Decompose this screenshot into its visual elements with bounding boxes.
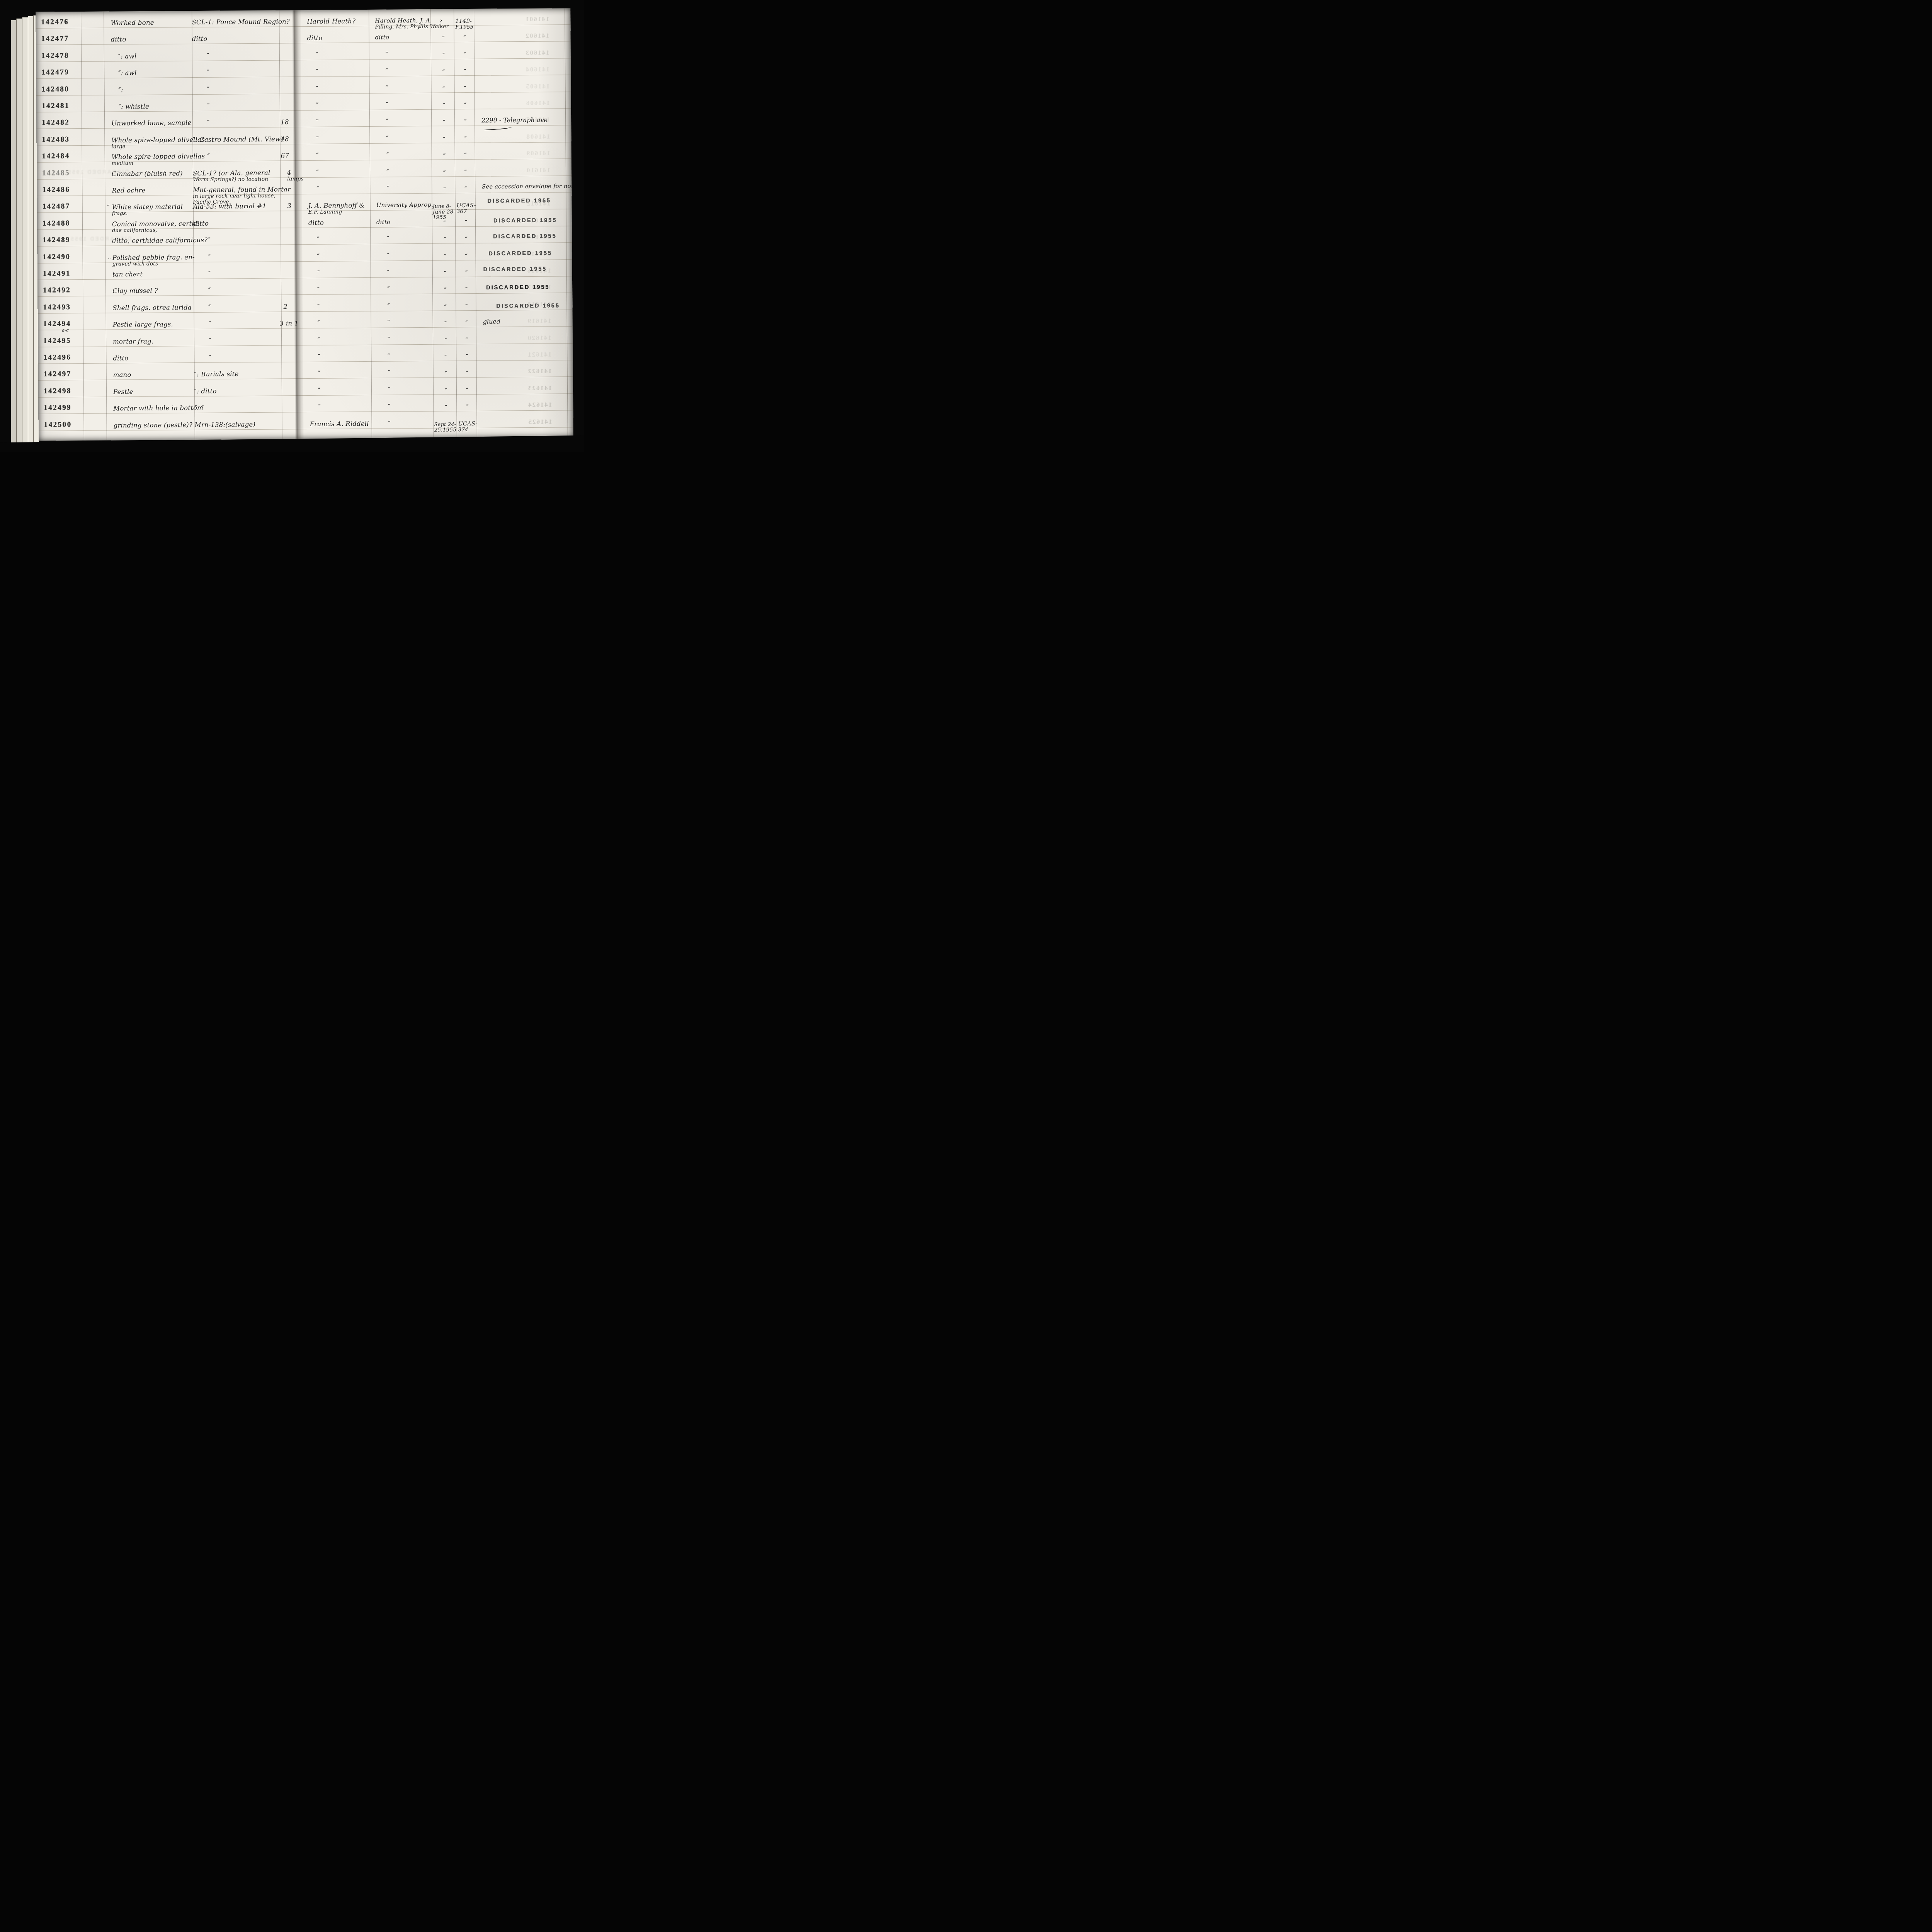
collector-text: ditto <box>308 219 324 226</box>
no-text: 142495 <box>43 337 71 345</box>
ledger-scan: 142476Worked boneSCL-1: Ponce Mound Regi… <box>0 0 584 452</box>
donor-text: ″ <box>386 85 388 91</box>
site-text: ″ <box>209 354 211 361</box>
row-142492-no: 142492 <box>43 286 71 295</box>
count-text: 3 <box>287 202 292 210</box>
bleed-number: 141609 <box>526 150 550 157</box>
no-text: 142493 <box>43 303 71 312</box>
row-142496-acc: ″ <box>466 354 468 360</box>
bleed-number: 141621 <box>527 351 551 359</box>
row-142491-collector: ″ <box>317 269 320 277</box>
acc-text: ″ <box>465 219 468 226</box>
acc-text: UCAS- <box>458 420 478 427</box>
row-142476-collector: Harold Heath? <box>307 17 355 25</box>
date-text: ″ <box>444 238 446 243</box>
row-142483-count: 48 <box>281 135 289 143</box>
row-142483-donor: ″ <box>386 135 389 141</box>
no-text: 142490 <box>43 253 70 262</box>
column-line <box>279 10 282 439</box>
no-text: 142482 <box>42 119 70 128</box>
row-142492-date: ″ <box>444 288 447 293</box>
column-line <box>369 10 372 439</box>
row-142482-date: ″ <box>443 120 446 126</box>
bleed-number: 141610 <box>526 166 550 174</box>
row-142496-collector: ″ <box>318 353 320 361</box>
collector-text: ″ <box>316 152 319 159</box>
row-142495-collector: ″ <box>318 336 320 344</box>
row-142481-acc: ″ <box>464 102 467 108</box>
donor-text: ″ <box>388 353 390 359</box>
bleed-number: 141620 <box>527 334 551 342</box>
donor-text: ″ <box>387 269 390 276</box>
row-142487-donor: University Approp. <box>376 202 434 209</box>
row-142499-collector: ″ <box>318 403 321 411</box>
no-text: 142479 <box>41 68 69 77</box>
no-text: 142492 <box>43 286 71 295</box>
no-text: 142478 <box>41 51 69 60</box>
date-text: ″ <box>443 103 446 109</box>
acc-text: ″ <box>466 354 468 360</box>
row-142480-date: ″ <box>443 87 446 92</box>
no-text: 142481 <box>42 102 70 111</box>
row-142476-site: SCL-1: Ponce Mound Region? <box>192 18 290 26</box>
desc-text: Polished pebble frag. en- <box>112 253 195 261</box>
desc-text: Whole spire-lopped olivellas <box>112 153 205 161</box>
row-142494-donor: ″ <box>388 320 390 326</box>
row-142493-date: ″ <box>444 304 447 310</box>
bleed-number: 141624 <box>527 401 552 409</box>
no-text: 142483 <box>42 135 70 144</box>
desc-text: Pestle <box>113 388 133 395</box>
acc-text: ″ <box>465 270 468 276</box>
acc-text: ″ <box>464 102 467 108</box>
row-142498-donor: ″ <box>388 386 391 393</box>
row-142491-donor: ″ <box>387 269 390 276</box>
site-text: ″: Burials site <box>194 371 239 378</box>
row-142486-donor: ″ <box>386 185 389 192</box>
bleed-number: 141604 <box>525 66 549 73</box>
row-142479-collector: ″ <box>316 68 318 75</box>
row-142477-collector: ditto <box>307 34 323 42</box>
acc-text: ″ <box>465 303 468 310</box>
site-text: ″: ditto <box>194 387 217 395</box>
site-text: ditto <box>193 220 209 227</box>
row-142490-donor: ″ <box>387 252 390 259</box>
collector-text: Francis A. Riddell <box>310 420 369 427</box>
date-text: ? <box>439 20 442 25</box>
row-142493-desc: Shell frags. otrea lurida <box>112 304 192 311</box>
donor-text: ″ <box>388 386 391 393</box>
row-142479-site: ″ <box>207 69 209 76</box>
site-text: Mrn-138:(salvage) <box>195 420 256 428</box>
donor-text: ″ <box>388 370 391 376</box>
donor-text: ″ <box>387 236 389 242</box>
desc_prefix-text: ″ <box>107 204 110 211</box>
date-text: ″ <box>444 271 447 276</box>
column-line <box>474 9 477 438</box>
row-142489-site: ″ <box>208 236 211 244</box>
row-142493-acc: ″ <box>465 303 468 310</box>
row-142486-collector: ″ <box>316 185 319 193</box>
donor-text: ″ <box>386 101 389 108</box>
row-142481-collector: ″ <box>316 102 319 109</box>
no-text: 142489 <box>43 236 70 245</box>
no-text: 142486 <box>42 185 70 194</box>
suffix-text: a-c <box>62 327 69 333</box>
desc-text: tan chert <box>112 270 143 278</box>
ledger-page: 142476Worked boneSCL-1: Ponce Mound Regi… <box>36 8 573 441</box>
site-text: ″ <box>208 270 211 277</box>
row-142477-desc: ditto <box>111 36 126 43</box>
acc-text: ″ <box>464 52 466 58</box>
site-text: ″ <box>207 153 210 160</box>
row-142491-acc: ″ <box>465 270 468 276</box>
row-142494-count: 3 in 1 <box>280 320 299 327</box>
row-142476-date: ? <box>439 20 442 25</box>
donor-text: ditto <box>375 34 389 41</box>
collector-text: ″ <box>317 269 320 277</box>
no-text: 142491 <box>43 269 71 278</box>
row-142494-acc: ″ <box>466 320 468 326</box>
row-142495-date: ″ <box>444 338 447 344</box>
collector-text: ″ <box>318 336 320 344</box>
row-142499-acc: ″ <box>466 404 469 410</box>
desc-text: ditto <box>113 354 128 362</box>
row-142499-date: ″ <box>445 405 447 411</box>
row-142486-no: 142486 <box>42 185 70 194</box>
date-text: ″ <box>444 288 447 293</box>
page-edge <box>22 17 28 447</box>
row-142477-date: ″ <box>442 36 445 42</box>
row-142485-acc: ″ <box>464 169 467 175</box>
page-edge <box>11 20 16 444</box>
row-142483-acc: ″ <box>464 136 467 142</box>
site-text: ″ <box>208 303 211 311</box>
site-text: ″ <box>207 52 209 60</box>
row-142495-donor: ″ <box>388 336 390 343</box>
desc-text: Shell frags. otrea lurida <box>112 304 192 311</box>
donor-text: Pilling, Mrs. Phyllis Walker <box>375 24 449 30</box>
donor-text: ″ <box>387 286 390 293</box>
acc-text: ″ <box>465 236 468 242</box>
desc-text: Whole spire-lopped olivellas <box>111 136 204 144</box>
no-text: 142488 <box>43 219 70 228</box>
site-text: ″ <box>209 320 211 328</box>
row-142482-count: 18 <box>281 119 289 126</box>
row-142491-desc: tan chert <box>112 270 143 278</box>
site-text: ″: Castro Mound (Mt. View) <box>192 135 283 143</box>
row-142493-count: 2 <box>283 303 287 310</box>
remark-text: glued <box>483 318 501 325</box>
row-142487-acc: UCAS-367 <box>457 202 476 214</box>
site-text: ″ <box>209 337 211 344</box>
date-text: ″ <box>442 36 445 42</box>
row-142490-desc: Polished pebble frag. en-graved with dot… <box>112 253 195 267</box>
acc-text: ″ <box>464 169 467 175</box>
bleed-number: 141618 <box>527 300 551 308</box>
row-142496-site: ″ <box>209 354 211 361</box>
row-142477-no: 142477 <box>41 35 69 44</box>
row-142480-donor: ″ <box>386 85 388 91</box>
site-text: Mnt-general, found in Mortar <box>193 185 291 194</box>
date-text: ″ <box>443 170 446 176</box>
row-142498-date: ″ <box>445 388 447 394</box>
row-142487-count: 3 <box>287 202 292 210</box>
collector-text: E.P. Lanning <box>308 209 365 215</box>
acc-text: ″ <box>466 320 468 326</box>
no-text: 142480 <box>41 85 69 94</box>
row-142484-collector: ″ <box>316 152 319 159</box>
desc-text: graved with dots <box>112 261 195 267</box>
row-142483-desc: Whole spire-lopped olivellaslarge <box>111 136 205 150</box>
row-142497-date: ″ <box>445 372 447 377</box>
row-142486-desc: Red ochre <box>112 187 145 194</box>
collector-text: J. A. Bennyhoff & <box>308 202 365 209</box>
row-142498-collector: ″ <box>318 387 321 394</box>
row-142476-acc: 1149-F,1955 <box>455 18 473 30</box>
bleed-stamp: DISCARDED 1955 <box>70 235 131 242</box>
collector-text: ″ <box>316 135 319 143</box>
row-142495-no: 142495 <box>43 337 71 345</box>
desc-text: medium <box>112 160 205 166</box>
row-142500-site: Mrn-138:(salvage) <box>195 420 256 428</box>
bleed-number: 141613 <box>526 216 551 224</box>
row-142482-no: 142482 <box>42 119 70 128</box>
row-142479-date: ″ <box>442 70 445 75</box>
donor-text: ″ <box>388 420 391 427</box>
row-142478-acc: ″ <box>464 52 466 58</box>
column-line <box>104 12 107 440</box>
desc-text: ″: awl <box>118 69 137 77</box>
rule-line <box>36 108 571 112</box>
row-142481-site: ″ <box>207 102 210 110</box>
row-142497-donor: ″ <box>388 370 391 376</box>
row-142487-site: Ala-53: with burial #1 <box>193 202 267 210</box>
bleed-number: 141605 <box>525 82 549 90</box>
row-142483-collector: ″ <box>316 135 319 143</box>
bleed-number: 141623 <box>527 384 552 392</box>
row-142493-donor: ″ <box>387 303 390 309</box>
date-text: ″ <box>445 372 447 377</box>
row-142479-desc: ″: awl <box>118 69 137 77</box>
row-142487-no: 142487 <box>43 202 70 211</box>
row-142497-no: 142497 <box>44 370 71 379</box>
column-line <box>565 8 568 437</box>
bleed-number: 141617 <box>527 284 551 291</box>
row-142494-date: ″ <box>444 321 447 327</box>
count-text: 2 <box>283 303 287 310</box>
collector-text: ″ <box>316 185 319 193</box>
acc-text: ″ <box>465 253 468 259</box>
row-142484-acc: ″ <box>464 152 467 158</box>
row-142487-desc_prefix: ″ <box>107 204 110 211</box>
date-text: ″ <box>444 321 447 327</box>
page-edge <box>16 19 22 446</box>
desc-text: dae californicus, <box>112 227 201 233</box>
row-142488-acc: ″ <box>465 219 468 226</box>
bleed-number: 141603 <box>525 49 549 56</box>
row-142480-acc: ″ <box>464 85 466 92</box>
donor-text: ″ <box>386 185 389 192</box>
date-text: ″ <box>444 355 447 360</box>
row-142479-acc: ″ <box>464 68 466 75</box>
rule-line <box>36 58 571 62</box>
row-142494-remark: glued <box>483 318 501 325</box>
row-142482-collector: ″ <box>316 118 319 126</box>
date-text: ″ <box>445 388 447 394</box>
page-fold <box>292 10 304 439</box>
desc-text: frags. <box>112 211 183 217</box>
row-142497-site: ″: Burials site <box>194 371 239 378</box>
row-142489-acc: ″ <box>465 236 468 242</box>
desc-text: ″: <box>118 86 123 94</box>
site-text: ″ <box>208 287 211 294</box>
no-text: 142485 <box>42 169 70 178</box>
row-142489-date: ″ <box>444 238 446 243</box>
site-text: ″ <box>207 69 209 76</box>
row-142476-no: 142476 <box>41 18 69 27</box>
bleed-number: 141611 <box>526 183 550 191</box>
date-text: June 28- <box>433 209 456 215</box>
donor-text: ditto <box>376 219 391 225</box>
site-text: ″ <box>207 119 210 126</box>
row-142500-acc: UCAS-374 <box>458 420 478 432</box>
desc-text: White slatey material <box>112 203 183 211</box>
row-142482-donor: ″ <box>386 118 389 125</box>
column-line <box>81 12 84 440</box>
desc-text: ″: awl <box>118 53 137 60</box>
collector-text: ″ <box>317 236 320 243</box>
acc-text: UCAS- <box>457 202 476 209</box>
row-142482-site: ″ <box>207 119 210 126</box>
date-text: ″ <box>444 254 447 260</box>
collector-text: ″ <box>318 403 321 411</box>
collector-text: ditto <box>307 34 323 42</box>
acc-text: ″ <box>464 152 467 158</box>
pen-stroke <box>484 126 512 131</box>
row-142482-acc: ″ <box>464 119 467 125</box>
row-142488-date: ″ <box>444 221 446 226</box>
date-text: ″ <box>443 154 446 159</box>
row-142498-desc: Pestle <box>113 388 133 395</box>
desc-text: Worked bone <box>111 19 154 27</box>
row-142480-desc: ″: <box>118 86 123 94</box>
bleed-number: 141614 <box>526 233 551 241</box>
row-142490-site: ″ <box>208 253 211 260</box>
row-142496-date: ″ <box>444 355 447 360</box>
bleed-number: 141619 <box>527 317 551 325</box>
collector-text: ″ <box>318 387 321 394</box>
site-text: ″ <box>207 85 209 93</box>
row-142476-desc: Worked bone <box>111 19 154 27</box>
column-line <box>454 9 457 438</box>
row-142494-suffix: a-c <box>62 327 69 333</box>
row-142488-collector: ditto <box>308 219 324 226</box>
row-142481-date: ″ <box>443 103 446 109</box>
donor-text: ″ <box>386 135 389 141</box>
acc-text: ″ <box>464 68 466 75</box>
row-142492-site: ″ <box>208 287 211 294</box>
row-142486-acc: ″ <box>464 186 467 192</box>
row-142483-no: 142483 <box>42 135 70 144</box>
row-142484-count: 67 <box>281 152 289 159</box>
desc-text: Conical monovalve, certhi- <box>112 220 201 228</box>
row-142499-site: ″: ″ <box>194 404 204 412</box>
bleed-number: 141615 <box>526 250 551 258</box>
page-edge <box>28 16 33 447</box>
row-142483-date: ″ <box>443 137 446 142</box>
row-142478-date: ″ <box>442 53 445 58</box>
row-142500-desc: grinding stone (pestle)? <box>114 421 192 429</box>
no-text: 142499 <box>44 403 71 412</box>
row-142481-donor: ″ <box>386 101 389 108</box>
row-142493-collector: ″ <box>317 303 320 310</box>
row-142500-no: 142500 <box>44 420 72 429</box>
count-text: 3 in 1 <box>280 320 299 327</box>
collector-text: ″ <box>316 85 318 92</box>
date-text: ″ <box>443 137 446 142</box>
column-line <box>430 9 434 438</box>
desc-text: large <box>112 143 205 150</box>
row-142485-no: 142485 <box>42 169 70 178</box>
row-142500-date: Sept 24-25,1955 <box>434 422 456 433</box>
date-text: ″ <box>443 187 446 192</box>
no-text: 142497 <box>44 370 71 379</box>
row-142484-date: ″ <box>443 154 446 159</box>
donor-text: ″ <box>386 68 388 75</box>
row-142499-desc: Mortar with hole in bottom <box>113 404 203 412</box>
row-142496-donor: ″ <box>388 353 390 359</box>
row-142489-collector: ″ <box>317 236 320 243</box>
desc-text: ditto <box>111 36 126 43</box>
row-142480-no: 142480 <box>41 85 69 94</box>
desc_prefix-text: .. <box>108 255 111 260</box>
donor-text: ″ <box>386 51 388 58</box>
site-text: Warm Springs?) no location <box>193 176 270 182</box>
desc-text: mano <box>113 371 131 379</box>
donor-text: ″ <box>387 252 390 259</box>
date-text: 25,1955 <box>434 427 456 433</box>
row-142490-collector: ″ <box>317 252 320 260</box>
collector-text: ″ <box>317 286 320 293</box>
collector-text: ″ <box>316 118 319 126</box>
row-142497-acc: ″ <box>466 370 469 376</box>
row-142484-donor: ″ <box>386 152 389 158</box>
acc-text: ″ <box>464 186 467 192</box>
row-142492-collector: ″ <box>317 286 320 293</box>
row-142491-site: ″ <box>208 270 211 277</box>
row-142499-no: 142499 <box>44 403 71 412</box>
row-142488-no: 142488 <box>43 219 70 228</box>
rule-line <box>36 75 571 79</box>
collector-text: ″ <box>318 370 321 377</box>
bleed-stamp: DISCARDED 1955 <box>67 168 129 175</box>
row-142484-desc: Whole spire-lopped olivellasmedium <box>112 153 205 166</box>
book-page-stack <box>11 15 39 447</box>
acc-text: 367 <box>457 209 476 214</box>
row-142487-desc: White slatey materialfrags. <box>112 203 183 217</box>
row-142498-acc: ″ <box>466 387 469 393</box>
bleed-number: 141607 <box>526 116 550 124</box>
date-text: ″ <box>445 405 447 411</box>
donor-text: ″ <box>386 168 389 175</box>
site-text: Ala-53: with burial #1 <box>193 202 267 210</box>
row-142495-desc: mortar frag. <box>113 337 153 345</box>
acc-text: F,1955 <box>455 24 473 30</box>
donor-text: University Approp. <box>376 202 434 209</box>
site-text: ″ <box>207 102 210 110</box>
site-text: ditto <box>192 35 207 43</box>
